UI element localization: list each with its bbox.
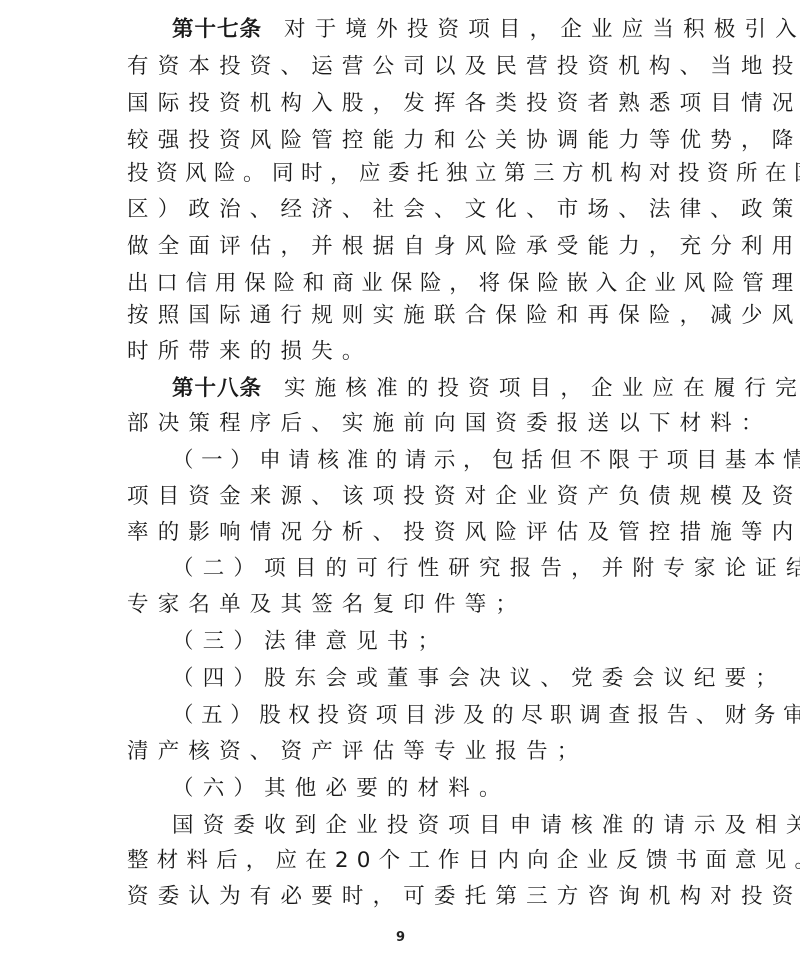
text-line: 清产核资、资产评估等专业报告； bbox=[127, 737, 687, 767]
text-line: 做全面评估，并根据自身风险承受能力，充分利用政策性 bbox=[127, 232, 687, 262]
text-line: 整材料后，应在20个工作日内向企业反馈书面意见。国 bbox=[127, 846, 687, 876]
page-number: 9 bbox=[396, 930, 405, 945]
text-line: 投资风险。同时，应委托独立第三方机构对投资所在国（地 bbox=[127, 159, 687, 189]
text-line: 区）政治、经济、社会、文化、市场、法律、政策等风险 bbox=[127, 195, 687, 225]
text-line: 国资委收到企业投资项目申请核准的请示及相关完 bbox=[172, 811, 687, 841]
list-item-2: （二）项目的可行性研究报告，并附专家论证结论、 bbox=[172, 554, 687, 584]
text-line: 部决策程序后、实施前向国资委报送以下材料： bbox=[127, 409, 687, 439]
text-line: 专家名单及其签名复印件等； bbox=[127, 590, 687, 620]
article-17-line-1: 第十七条对于境外投资项目，企业应当积极引入国 bbox=[172, 15, 687, 45]
text-line: 资委认为有必要时，可委托第三方咨询机构对投资项目进 bbox=[127, 882, 687, 912]
text-line: 率的影响情况分析、投资风险评估及管控措施等内容； bbox=[127, 518, 687, 548]
list-item-1: （一）申请核准的请示，包括但不限于项目基本情况、 bbox=[172, 446, 687, 476]
text-line: 有资本投资、运营公司以及民营投资机构、当地投资者、 bbox=[127, 52, 687, 82]
list-item-4: （四）股东会或董事会决议、党委会议纪要； bbox=[172, 664, 687, 694]
line-text: 对于境外投资项目，企业应当积极引入国 bbox=[284, 17, 800, 42]
line-text: 实施核准的投资项目，企业应在履行完内 bbox=[284, 376, 800, 401]
article-17-heading: 第十七条 bbox=[172, 17, 262, 42]
text-line: 较强投资风险管控能力和公关协调能力等优势，降低境外 bbox=[127, 126, 687, 156]
article-18-heading: 第十八条 bbox=[172, 376, 262, 401]
list-item-5: （五）股权投资项目涉及的尽职调查报告、财务审计、 bbox=[172, 701, 687, 731]
list-item-3: （三）法律意见书； bbox=[172, 627, 687, 657]
list-item-6: （六）其他必要的材料。 bbox=[172, 774, 687, 804]
text-line: 项目资金来源、该项投资对企业资产负债规模及资产负债 bbox=[127, 482, 687, 512]
document-page: 第十七条对于境外投资项目，企业应当积极引入国 有资本投资、运营公司以及民营投资机… bbox=[0, 0, 800, 962]
text-line: 出口信用保险和商业保险，将保险嵌入企业风险管理机制， bbox=[127, 269, 687, 299]
text-line: 按照国际通行规则实施联合保险和再保险，减少风险发生 bbox=[127, 301, 687, 331]
article-18-line-1: 第十八条实施核准的投资项目，企业应在履行完内 bbox=[172, 374, 687, 404]
text-line: 国际投资机构入股，发挥各类投资者熟悉项目情况、具有 bbox=[127, 89, 687, 119]
text-line: 时所带来的损失。 bbox=[127, 337, 687, 367]
